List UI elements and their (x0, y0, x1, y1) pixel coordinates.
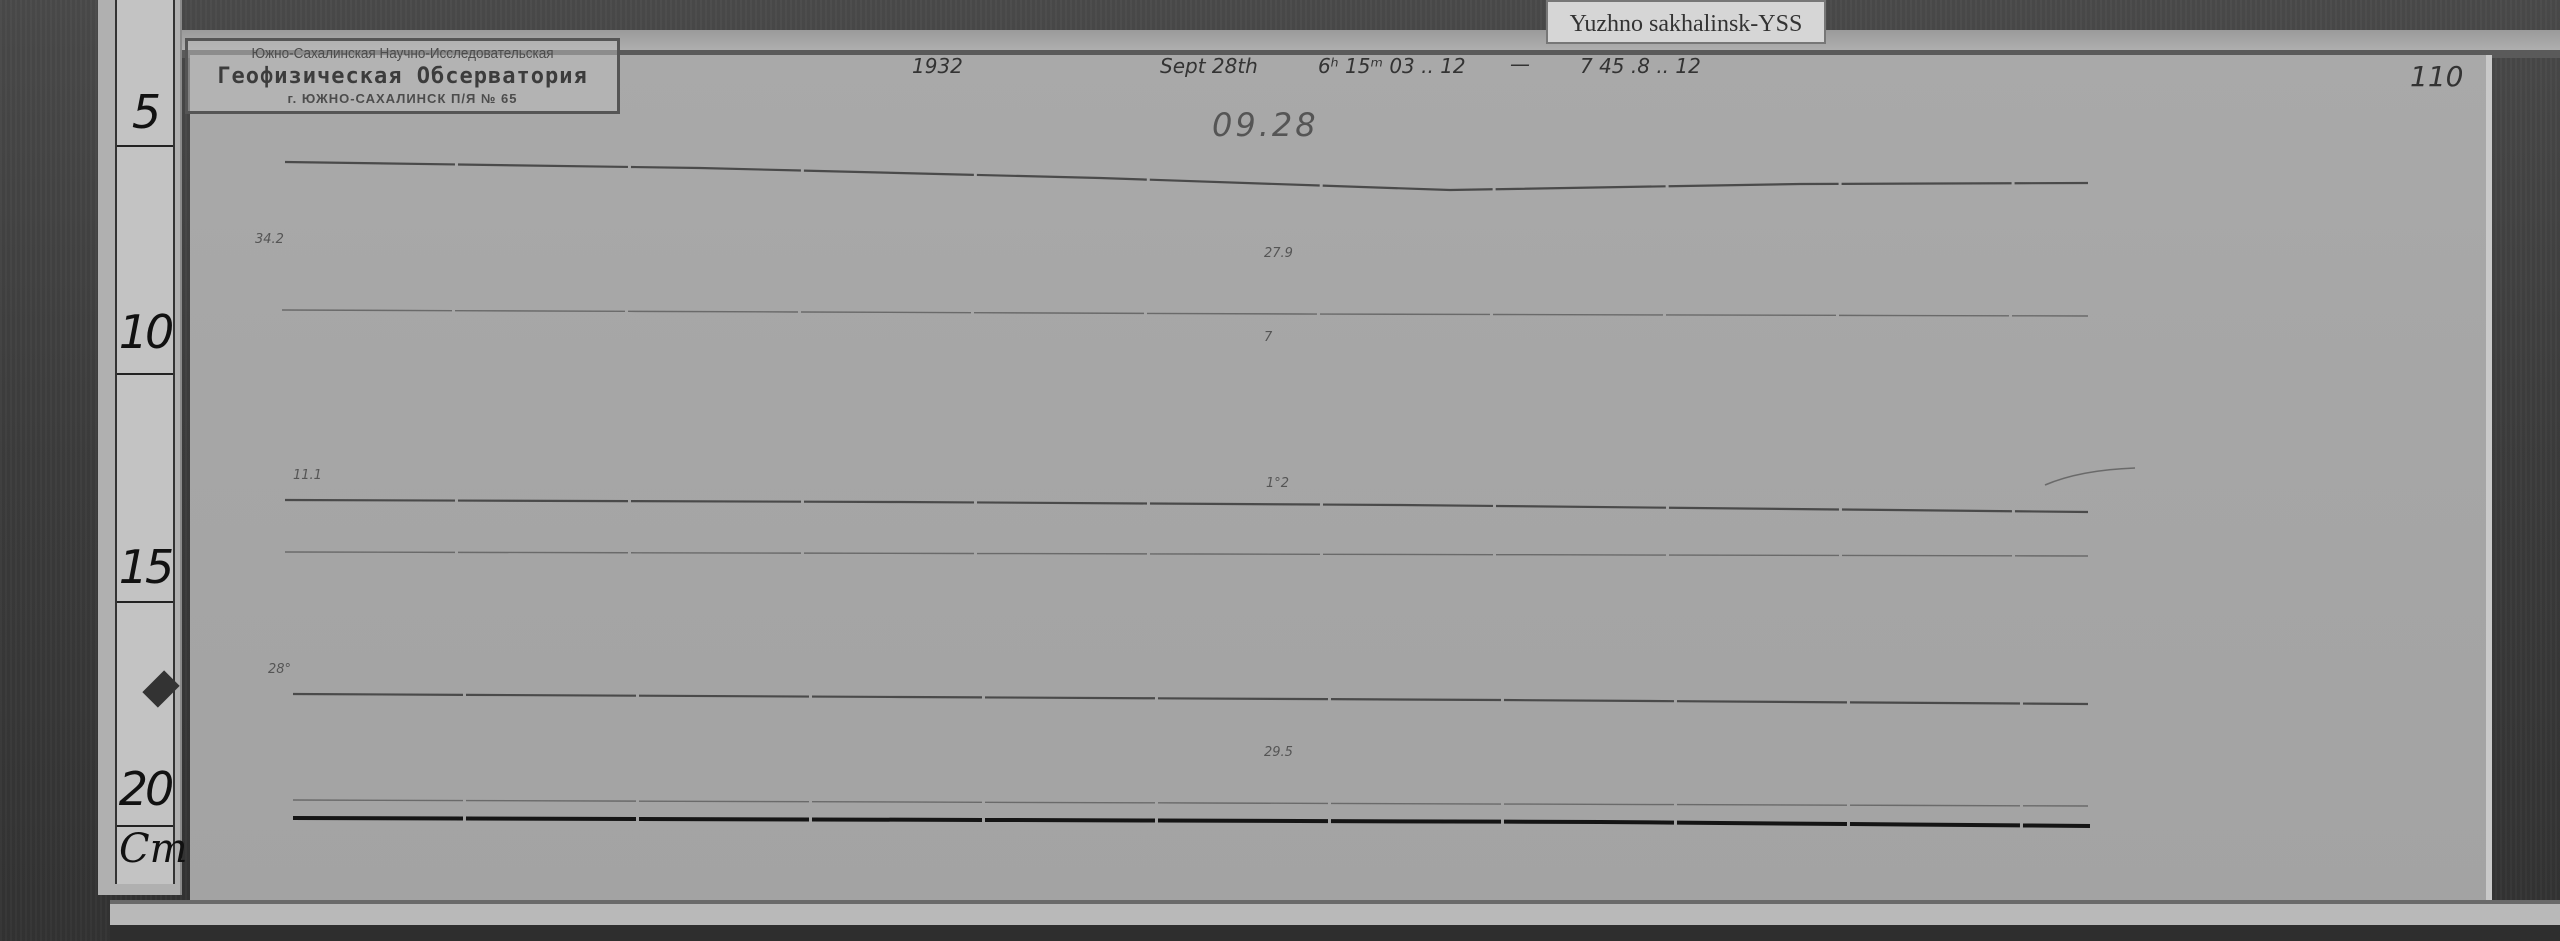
ruler-mark-15: 15 (117, 540, 173, 594)
cm-ruler: 5 10 15 20 Cm (115, 0, 175, 884)
ruler-mark-10: 10 (117, 305, 173, 359)
trace-6 (293, 800, 2088, 806)
ruler-tick (117, 601, 173, 603)
ruler-tick (117, 145, 173, 147)
annotation: 28° (268, 662, 291, 677)
annotation: 11.1 (293, 468, 322, 483)
stamp-institute: Южно-Сахалинская Научно-Исследовательска… (209, 45, 595, 62)
ruler-mark-20: 20 (117, 762, 173, 816)
trace-2 (282, 310, 2088, 316)
ruler-tick (117, 373, 173, 375)
note-time-start: 6ʰ 15ᵐ 03 .. 12 (1318, 54, 1466, 78)
annotation: 29.5 (1264, 745, 1293, 760)
station-label: Yuzhno sakhalinsk-YSS (1546, 0, 1826, 44)
annotation: 7 (1264, 330, 1272, 345)
trace-7 (293, 818, 2090, 826)
annotation: 34.2 (255, 232, 284, 247)
note-year: 1932 (912, 54, 963, 78)
page-number: 110 (2410, 60, 2463, 93)
trace-4 (285, 552, 2088, 556)
date-note: 09.28 (1212, 106, 1319, 144)
trace-3 (285, 500, 2088, 512)
annotation: 27.9 (1264, 246, 1293, 261)
stamp-address: г. ЮЖНО-САХАЛИНСК П/Я № 65 (188, 91, 617, 106)
annotation: 1°2 (1266, 476, 1289, 491)
trace-1 (285, 162, 2088, 190)
note-time-end: 7 45 .8 .. 12 (1580, 54, 1701, 78)
note-dash: — (1510, 52, 1530, 76)
observatory-stamp: Южно-Сахалинская Научно-Исследовательска… (185, 38, 620, 114)
pen-stroke-mark (2045, 468, 2135, 485)
trace-5 (293, 694, 2088, 704)
ruler-mark-5: 5 (117, 85, 173, 139)
stamp-observatory: Геофизическая Обсерватория (188, 64, 617, 89)
note-date: Sept 28th (1160, 54, 1258, 78)
ruler-unit: Cm (119, 826, 173, 872)
